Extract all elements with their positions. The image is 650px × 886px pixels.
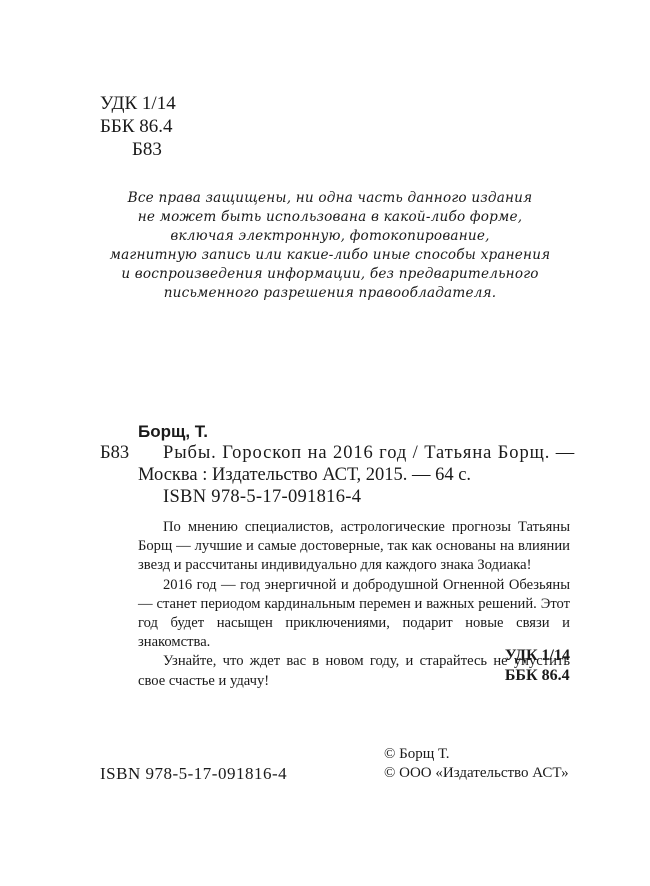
footer-isbn: ISBN 978-5-17-091816-4	[100, 764, 287, 784]
rights-line: не может быть использована в какой-либо …	[100, 208, 560, 227]
rights-line: письменного разрешения правообладателя.	[100, 284, 560, 303]
udk-code: УДК 1/14	[100, 92, 176, 115]
udk-code: УДК 1/14	[505, 646, 570, 666]
rights-notice: Все права защищены, ни одна часть данног…	[100, 189, 560, 303]
copyright-block: © Борщ Т. © ООО «Издательство АСТ»	[384, 745, 569, 783]
bbk-code: ББК 86.4	[505, 666, 570, 686]
annotation-paragraph: 2016 год — год энергичной и добродушной …	[138, 576, 570, 653]
right-classification-codes: УДК 1/14 ББК 86.4	[505, 646, 570, 686]
classification-codes: УДК 1/14 ББК 86.4 Б83	[100, 92, 176, 161]
rights-line: и воспроизведения информации, без предва…	[100, 265, 560, 284]
card-title-line: Рыбы. Гороскоп на 2016 год / Татьяна Бор…	[163, 442, 575, 464]
card-author-mark: Б83	[100, 442, 129, 464]
copyright-author: © Борщ Т.	[384, 745, 569, 764]
rights-line: включая электронную, фотокопирование,	[100, 227, 560, 246]
author-mark: Б83	[100, 138, 176, 161]
card-publisher-line: Москва : Издательство АСТ, 2015. — 64 с.	[138, 464, 471, 486]
bbk-code: ББК 86.4	[100, 115, 176, 138]
copyright-publisher: © ООО «Издательство АСТ»	[384, 764, 569, 783]
rights-line: Все права защищены, ни одна часть данног…	[100, 189, 560, 208]
annotation-paragraph: По мнению специалистов, астрологические …	[138, 518, 570, 576]
card-isbn: ISBN 978-5-17-091816-4	[163, 486, 361, 508]
rights-line: магнитную запись или какие-либо иные спо…	[100, 246, 560, 265]
card-author: Борщ, Т.	[138, 422, 208, 442]
